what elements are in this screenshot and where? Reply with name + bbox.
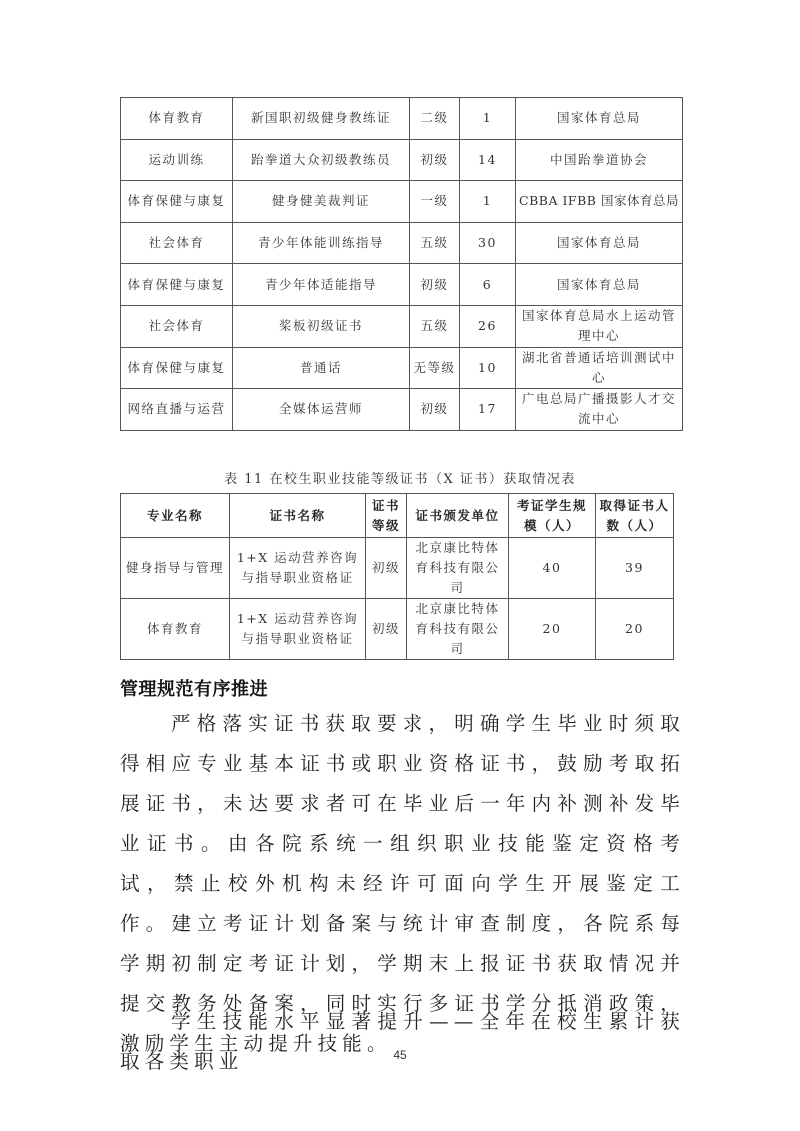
count-cell: 10 [460, 347, 516, 389]
column-header: 考证学生规模（人） [509, 494, 596, 538]
table-header-row: 专业名称 证书名称 证书等级 证书颁发单位 考证学生规模（人） 取得证书人数（人… [121, 494, 674, 538]
certificate-name-cell: 青少年体适能指导 [233, 264, 410, 306]
issuer-cell: 北京康比特体育科技有限公司 [407, 538, 509, 599]
issuer-cell: 中国跆拳道协会 [516, 139, 683, 181]
examinee-count-cell: 40 [509, 538, 596, 599]
issuer-cell: 国家体育总局 [516, 98, 683, 140]
certificate-name-cell: 跆拳道大众初级教练员 [233, 139, 410, 181]
examinee-count-cell: 20 [509, 599, 596, 660]
page-number: 45 [0, 1048, 800, 1062]
level-cell: 无等级 [410, 347, 460, 389]
issuer-cell: 湖北省普通话培训测试中心 [516, 347, 683, 389]
issuer-cell: 国家体育总局水上运动管理中心 [516, 305, 683, 347]
level-cell: 初级 [366, 599, 407, 660]
issuer-cell: 国家体育总局 [516, 264, 683, 306]
table-row: 体育保健与康复 普通话 无等级 10 湖北省普通话培训测试中心 [121, 347, 683, 389]
count-cell: 17 [460, 389, 516, 431]
issuer-cell: 国家体育总局 [516, 222, 683, 264]
certificate-name-cell: 健身健美裁判证 [233, 181, 410, 223]
major-cell: 网络直播与运营 [121, 389, 233, 431]
certificate-name-cell: 普通话 [233, 347, 410, 389]
certificate-name-cell: 1+X 运动营养咨询与指导职业资格证 [230, 599, 366, 660]
column-header: 专业名称 [121, 494, 230, 538]
table-caption: 表 11 在校生职业技能等级证书（X 证书）获取情况表 [0, 468, 800, 487]
table-row: 网络直播与运营 全媒体运营师 初级 17 广电总局广播摄影人才交流中心 [121, 389, 683, 431]
document-page: 体育教育 新国职初级健身教练证 二级 1 国家体育总局 运动训练 跆拳道大众初级… [0, 0, 800, 1131]
x-certificate-table: 专业名称 证书名称 证书等级 证书颁发单位 考证学生规模（人） 取得证书人数（人… [120, 493, 674, 660]
level-cell: 五级 [410, 305, 460, 347]
certificate-name-cell: 新国职初级健身教练证 [233, 98, 410, 140]
count-cell: 1 [460, 181, 516, 223]
count-cell: 14 [460, 139, 516, 181]
level-cell: 二级 [410, 98, 460, 140]
major-cell: 体育保健与康复 [121, 181, 233, 223]
major-cell: 健身指导与管理 [121, 538, 230, 599]
certificate-name-cell: 1+X 运动营养咨询与指导职业资格证 [230, 538, 366, 599]
issuer-cell: 广电总局广播摄影人才交流中心 [516, 389, 683, 431]
major-cell: 体育保健与康复 [121, 264, 233, 306]
level-cell: 初级 [410, 264, 460, 306]
major-cell: 体育保健与康复 [121, 347, 233, 389]
table-row: 体育教育 1+X 运动营养咨询与指导职业资格证 初级 北京康比特体育科技有限公司… [121, 599, 674, 660]
level-cell: 初级 [410, 139, 460, 181]
table-row: 体育保健与康复 健身健美裁判证 一级 1 CBBA IFBB 国家体育总局 [121, 181, 683, 223]
level-cell: 初级 [366, 538, 407, 599]
column-header: 证书等级 [366, 494, 407, 538]
table-row: 体育保健与康复 青少年体适能指导 初级 6 国家体育总局 [121, 264, 683, 306]
section-heading: 管理规范有序推进 [120, 675, 268, 701]
count-cell: 26 [460, 305, 516, 347]
table-row: 社会体育 桨板初级证书 五级 26 国家体育总局水上运动管理中心 [121, 305, 683, 347]
body-paragraph: 学生技能水平显著提升——全年在校生累计获取各类职业 [120, 1002, 685, 1082]
table-row: 社会体育 青少年体能训练指导 五级 30 国家体育总局 [121, 222, 683, 264]
column-header: 取得证书人数（人） [596, 494, 674, 538]
certificate-table-continued: 体育教育 新国职初级健身教练证 二级 1 国家体育总局 运动训练 跆拳道大众初级… [120, 97, 683, 431]
table-row: 体育教育 新国职初级健身教练证 二级 1 国家体育总局 [121, 98, 683, 140]
major-cell: 体育教育 [121, 599, 230, 660]
level-cell: 一级 [410, 181, 460, 223]
certificate-name-cell: 桨板初级证书 [233, 305, 410, 347]
count-cell: 30 [460, 222, 516, 264]
certified-count-cell: 39 [596, 538, 674, 599]
major-cell: 社会体育 [121, 222, 233, 264]
count-cell: 1 [460, 98, 516, 140]
major-cell: 体育教育 [121, 98, 233, 140]
issuer-cell: 北京康比特体育科技有限公司 [407, 599, 509, 660]
level-cell: 五级 [410, 222, 460, 264]
level-cell: 初级 [410, 389, 460, 431]
column-header: 证书颁发单位 [407, 494, 509, 538]
major-cell: 社会体育 [121, 305, 233, 347]
certificate-name-cell: 全媒体运营师 [233, 389, 410, 431]
column-header: 证书名称 [230, 494, 366, 538]
certified-count-cell: 20 [596, 599, 674, 660]
count-cell: 6 [460, 264, 516, 306]
certificate-name-cell: 青少年体能训练指导 [233, 222, 410, 264]
table-row: 健身指导与管理 1+X 运动营养咨询与指导职业资格证 初级 北京康比特体育科技有… [121, 538, 674, 599]
major-cell: 运动训练 [121, 139, 233, 181]
issuer-cell: CBBA IFBB 国家体育总局 [516, 181, 683, 223]
table-row: 运动训练 跆拳道大众初级教练员 初级 14 中国跆拳道协会 [121, 139, 683, 181]
